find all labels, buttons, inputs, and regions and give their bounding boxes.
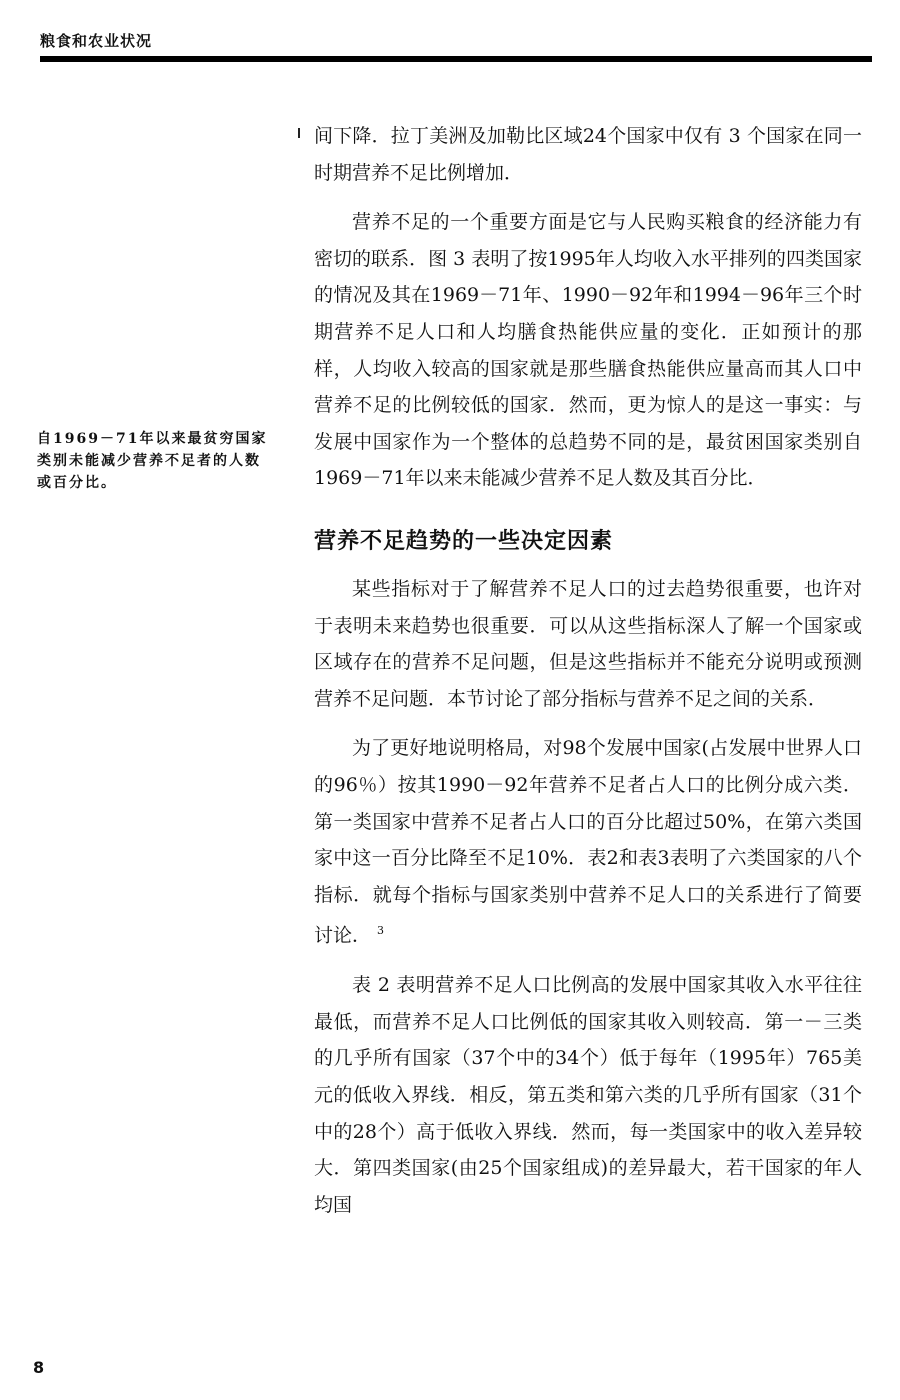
margin-note: 自1969－71年以来最贫穷国家类别未能减少营养不足者的人数或百分比。 — [37, 428, 273, 494]
running-head-title: 粮食和农业状况 — [40, 30, 152, 51]
page-number: 8 — [33, 1358, 44, 1377]
main-text-column: 间下降．拉丁美洲及加勒比区域24个国家中仅有 3 个国家在同一时期营养不足比例增… — [314, 118, 862, 1236]
paragraph-six-categories: 为了更好地说明格局，对98个发展中国家(占发展中世界人口的96％）按其1990－… — [314, 730, 862, 954]
paragraph-continued: 间下降．拉丁美洲及加勒比区域24个国家中仅有 3 个国家在同一时期营养不足比例增… — [314, 118, 862, 191]
margin-tick-mark — [298, 128, 300, 138]
paragraph-income-levels: 表 2 表明营养不足人口比例高的发展中国家其收入水平往往最低，而营养不足人口比例… — [314, 967, 862, 1223]
paragraph-indicators: 某些指标对于了解营养不足人口的过去趋势很重要，也许对于表明未来趋势也很重要．可以… — [314, 571, 862, 717]
paragraph-six-categories-text: 为了更好地说明格局，对98个发展中国家(占发展中世界人口的96％）按其1990－… — [314, 737, 862, 946]
footnote-marker: 3 — [377, 924, 384, 937]
paragraph-income-link: 营养不足的一个重要方面是它与人民购买粮食的经济能力有密切的联系．图 3 表明了按… — [314, 204, 862, 497]
header-rule — [40, 56, 872, 62]
section-heading: 营养不足趋势的一些决定因素 — [314, 523, 862, 559]
